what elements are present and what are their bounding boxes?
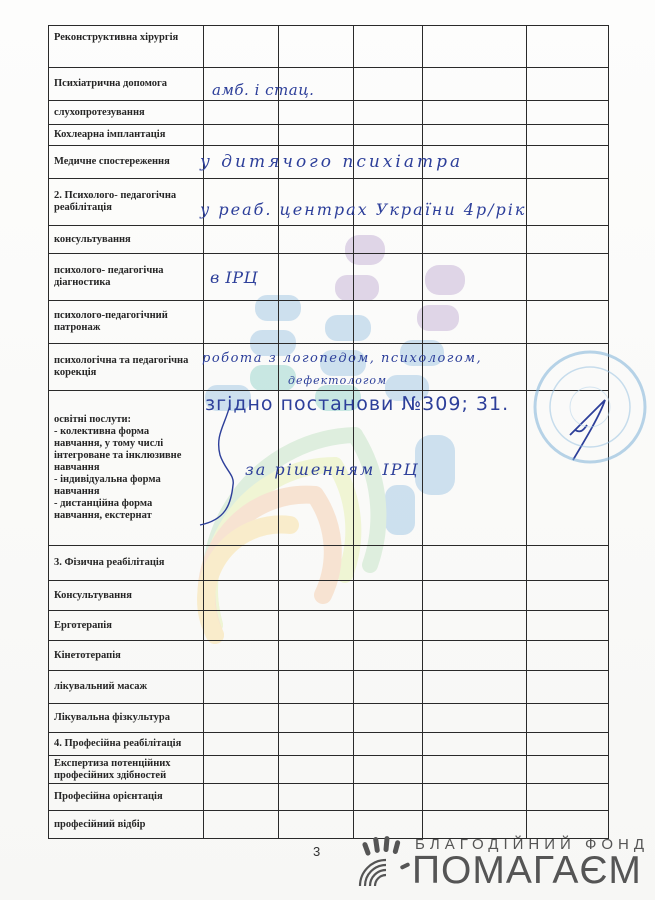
entry-cell[interactable] — [279, 226, 354, 254]
entry-cell[interactable] — [279, 26, 354, 68]
table-row: Реконструктивна хірургія — [49, 26, 609, 68]
table-row: Лікувальна фізкультура — [49, 704, 609, 733]
entry-cell[interactable] — [279, 301, 354, 344]
row-label: психолого-педагогічний патронаж — [49, 301, 204, 344]
row-label: 3. Фізична реабілітація — [49, 546, 204, 581]
table-row: лікувальний масаж — [49, 671, 609, 704]
entry-cell[interactable] — [423, 68, 527, 101]
hand-logo-icon — [356, 834, 414, 892]
entry-cell[interactable] — [527, 641, 609, 671]
entry-cell[interactable] — [279, 101, 354, 125]
entry-cell[interactable] — [204, 641, 279, 671]
row-label: освітні послути: - колективна форма навч… — [49, 391, 204, 546]
entry-cell[interactable] — [354, 546, 423, 581]
entry-cell[interactable] — [527, 581, 609, 611]
entry-cell[interactable] — [354, 784, 423, 811]
entry-cell[interactable] — [279, 546, 354, 581]
entry-cell[interactable] — [354, 254, 423, 301]
page-number: 3 — [313, 844, 320, 859]
row-label: Психіатрична допомога — [49, 68, 204, 101]
entry-cell[interactable] — [204, 26, 279, 68]
entry-cell[interactable] — [279, 671, 354, 704]
entry-cell[interactable] — [204, 301, 279, 344]
row-label: лікувальний масаж — [49, 671, 204, 704]
entry-cell[interactable] — [527, 26, 609, 68]
entry-cell[interactable] — [423, 704, 527, 733]
entry-cell[interactable] — [527, 179, 609, 226]
row-label: консультування — [49, 226, 204, 254]
entry-cell[interactable] — [527, 146, 609, 179]
entry-cell[interactable] — [354, 581, 423, 611]
row-label: Професійна орієнтація — [49, 784, 204, 811]
entry-cell[interactable] — [423, 784, 527, 811]
row-label: Експертиза потенційних професійних здібн… — [49, 756, 204, 784]
entry-cell[interactable] — [354, 125, 423, 146]
entry-cell[interactable] — [279, 733, 354, 756]
entry-cell[interactable] — [204, 546, 279, 581]
table-row: Кінетотерапія — [49, 641, 609, 671]
handwritten-brace-icon — [195, 400, 255, 530]
entry-cell[interactable] — [423, 226, 527, 254]
entry-cell[interactable] — [354, 68, 423, 101]
entry-cell[interactable] — [527, 101, 609, 125]
entry-cell[interactable] — [423, 301, 527, 344]
row-label: Консультування — [49, 581, 204, 611]
row-label: Ерготерапія — [49, 611, 204, 641]
row-label: Кінетотерапія — [49, 641, 204, 671]
row-label: Кохлеарна імплантація — [49, 125, 204, 146]
handwriting-diagnostics: в ІРЦ — [210, 268, 258, 287]
entry-cell[interactable] — [423, 641, 527, 671]
row-label: психолого- педагогічна діагностика — [49, 254, 204, 301]
entry-cell[interactable] — [527, 756, 609, 784]
entry-cell[interactable] — [423, 671, 527, 704]
handwriting-correction-line2: дефектологом — [288, 374, 387, 387]
entry-cell[interactable] — [279, 784, 354, 811]
entry-cell[interactable] — [527, 733, 609, 756]
entry-cell[interactable] — [354, 301, 423, 344]
entry-cell[interactable] — [527, 704, 609, 733]
entry-cell[interactable] — [279, 704, 354, 733]
entry-cell[interactable] — [204, 811, 279, 839]
table-row: 4. Професійна реабілітація — [49, 733, 609, 756]
entry-cell[interactable] — [204, 733, 279, 756]
row-label: Лікувальна фізкультура — [49, 704, 204, 733]
entry-cell[interactable] — [354, 641, 423, 671]
handwriting-education-line2: за рішенням ІРЦ — [245, 460, 419, 479]
entry-cell[interactable] — [279, 125, 354, 146]
entry-cell[interactable] — [279, 811, 354, 839]
entry-cell[interactable] — [423, 733, 527, 756]
entry-cell[interactable] — [279, 641, 354, 671]
entry-cell[interactable] — [527, 226, 609, 254]
entry-cell[interactable] — [354, 671, 423, 704]
foundation-logo: БЛАГОДІЙНИЙ ФОНД ПОМАГАЄМ — [356, 834, 655, 900]
entry-cell[interactable] — [204, 756, 279, 784]
handwriting-psych-rehab: у реаб. центрах України 4р/рік — [200, 200, 526, 219]
table-row: Кохлеарна імплантація — [49, 125, 609, 146]
handwriting-correction-line1: робота з логопедом, психологом, — [202, 351, 482, 366]
table-row: Експертиза потенційних професійних здібн… — [49, 756, 609, 784]
handwriting-psychiatric: амб. і стац. — [212, 81, 314, 99]
row-label: Медичне спостереження — [49, 146, 204, 179]
entry-cell[interactable] — [204, 611, 279, 641]
entry-cell[interactable] — [354, 611, 423, 641]
entry-cell[interactable] — [423, 125, 527, 146]
entry-cell[interactable] — [527, 546, 609, 581]
entry-cell[interactable] — [423, 581, 527, 611]
table-row: 3. Фізична реабілітація — [49, 546, 609, 581]
entry-cell[interactable] — [204, 125, 279, 146]
row-label: Реконструктивна хірургія — [49, 26, 204, 68]
entry-cell[interactable] — [527, 68, 609, 101]
entry-cell[interactable] — [204, 784, 279, 811]
rehabilitation-plan-table: Реконструктивна хірургіяПсихіатрична доп… — [48, 25, 609, 839]
table-row: Професійна орієнтація — [49, 784, 609, 811]
entry-cell[interactable] — [354, 733, 423, 756]
entry-cell[interactable] — [423, 254, 527, 301]
entry-cell[interactable] — [354, 704, 423, 733]
entry-cell[interactable] — [204, 226, 279, 254]
entry-cell[interactable] — [279, 581, 354, 611]
entry-cell[interactable] — [279, 254, 354, 301]
entry-cell[interactable] — [354, 101, 423, 125]
entry-cell[interactable] — [423, 756, 527, 784]
table-row: консультування — [49, 226, 609, 254]
entry-cell[interactable] — [527, 254, 609, 301]
table-row: Психіатрична допомога — [49, 68, 609, 101]
entry-cell[interactable] — [527, 784, 609, 811]
entry-cell[interactable] — [527, 125, 609, 146]
row-label: слухопротезування — [49, 101, 204, 125]
row-label: 2. Психолого- педагогічна реабілітація — [49, 179, 204, 226]
entry-cell[interactable] — [354, 226, 423, 254]
entry-cell[interactable] — [423, 26, 527, 68]
entry-cell[interactable] — [527, 611, 609, 641]
table-row: Консультування — [49, 581, 609, 611]
entry-cell[interactable] — [423, 546, 527, 581]
table-row: Ерготерапія — [49, 611, 609, 641]
table-row: психолого- педагогічна діагностика — [49, 254, 609, 301]
row-label: професійний відбір — [49, 811, 204, 839]
handwriting-observation: у дитячого психіатра — [200, 152, 463, 172]
entry-cell[interactable] — [204, 671, 279, 704]
entry-cell[interactable] — [423, 611, 527, 641]
entry-cell[interactable] — [204, 581, 279, 611]
entry-cell[interactable] — [527, 671, 609, 704]
entry-cell[interactable] — [423, 101, 527, 125]
official-stamp-icon — [528, 345, 648, 470]
entry-cell[interactable] — [204, 704, 279, 733]
row-label: 4. Професійна реабілітація — [49, 733, 204, 756]
entry-cell[interactable] — [279, 756, 354, 784]
table-row: психолого-педагогічний патронаж — [49, 301, 609, 344]
entry-cell[interactable] — [527, 301, 609, 344]
entry-cell[interactable] — [279, 611, 354, 641]
entry-cell[interactable] — [354, 26, 423, 68]
row-label: психологічна та педагогічна корекція — [49, 344, 204, 391]
entry-cell[interactable] — [204, 101, 279, 125]
table-row: слухопротезування — [49, 101, 609, 125]
logo-title: ПОМАГАЄМ — [412, 850, 642, 892]
entry-cell[interactable] — [354, 756, 423, 784]
